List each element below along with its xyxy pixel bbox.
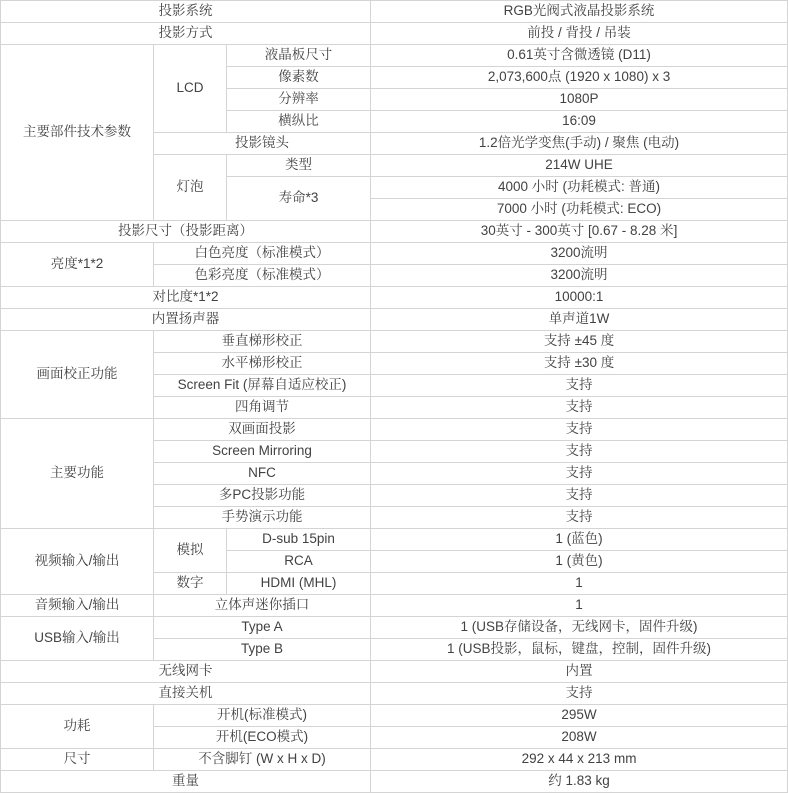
spec-label-cell: HDMI (MHL)	[227, 573, 371, 595]
spec-label-cell: 模拟	[154, 529, 227, 573]
spec-value-cell: 单声道1W	[371, 309, 788, 331]
spec-label-cell: 开机(标准模式)	[154, 705, 371, 727]
spec-label-cell: 数字	[154, 573, 227, 595]
spec-value-cell: 1 (USB投影，鼠标，键盘，控制，固件升级)	[371, 639, 788, 661]
table-row: 重量约 1.83 kg	[1, 771, 788, 793]
spec-value-cell: 支持	[371, 375, 788, 397]
spec-label-cell: 横纵比	[227, 111, 371, 133]
spec-value-cell: 7000 小时 (功耗模式: ECO)	[371, 199, 788, 221]
spec-value-cell: 支持 ±45 度	[371, 331, 788, 353]
spec-label-cell: 功耗	[1, 705, 154, 749]
spec-label-cell: 内置扬声器	[1, 309, 371, 331]
spec-label-cell: 水平梯形校正	[154, 353, 371, 375]
spec-label-cell: D-sub 15pin	[227, 529, 371, 551]
spec-label-cell: 白色亮度（标准模式）	[154, 243, 371, 265]
table-row: 亮度*1*2白色亮度（标准模式）3200流明	[1, 243, 788, 265]
spec-value-cell: 1	[371, 595, 788, 617]
table-row: 尺寸不含脚钉 (W x H x D)292 x 44 x 213 mm	[1, 749, 788, 771]
spec-label-cell: 无线网卡	[1, 661, 371, 683]
spec-label-cell: 立体声迷你插口	[154, 595, 371, 617]
spec-value-cell: 1080P	[371, 89, 788, 111]
table-row: 画面校正功能垂直梯形校正支持 ±45 度	[1, 331, 788, 353]
spec-label-cell: 视频输入/输出	[1, 529, 154, 595]
spec-value-cell: 前投 / 背投 / 吊装	[371, 23, 788, 45]
table-row: 对比度*1*210000:1	[1, 287, 788, 309]
spec-value-cell: 1 (黄色)	[371, 551, 788, 573]
spec-value-cell: 208W	[371, 727, 788, 749]
spec-label-cell: Screen Mirroring	[154, 441, 371, 463]
spec-label-cell: 画面校正功能	[1, 331, 154, 419]
spec-value-cell: 支持 ±30 度	[371, 353, 788, 375]
spec-value-cell: 支持	[371, 485, 788, 507]
spec-value-cell: RGB光阀式液晶投影系统	[371, 1, 788, 23]
spec-value-cell: 支持	[371, 397, 788, 419]
table-row: 直接关机支持	[1, 683, 788, 705]
spec-label-cell: 像素数	[227, 67, 371, 89]
spec-value-cell: 2,073,600点 (1920 x 1080) x 3	[371, 67, 788, 89]
spec-value-cell: 10000:1	[371, 287, 788, 309]
spec-label-cell: Screen Fit (屏幕自适应校正)	[154, 375, 371, 397]
spec-label-cell: 类型	[227, 155, 371, 177]
spec-label-cell: 色彩亮度（标准模式）	[154, 265, 371, 287]
spec-value-cell: 4000 小时 (功耗模式: 普通)	[371, 177, 788, 199]
spec-table: 投影系统RGB光阀式液晶投影系统投影方式前投 / 背投 / 吊装主要部件技术参数…	[0, 0, 788, 793]
table-row: 无线网卡内置	[1, 661, 788, 683]
spec-label-cell: RCA	[227, 551, 371, 573]
spec-label-cell: 手势演示功能	[154, 507, 371, 529]
spec-label-cell: 投影镜头	[154, 133, 371, 155]
spec-label-cell: 开机(ECO模式)	[154, 727, 371, 749]
table-row: USB输入/输出Type A1 (USB存储设备，无线网卡，固件升级)	[1, 617, 788, 639]
spec-value-cell: 支持	[371, 507, 788, 529]
spec-label-cell: 多PC投影功能	[154, 485, 371, 507]
spec-label-cell: 双画面投影	[154, 419, 371, 441]
spec-value-cell: 1.2倍光学变焦(手动) / 聚焦 (电动)	[371, 133, 788, 155]
spec-label-cell: 垂直梯形校正	[154, 331, 371, 353]
spec-label-cell: 直接关机	[1, 683, 371, 705]
spec-label-cell: 音频输入/输出	[1, 595, 154, 617]
table-row: 主要功能双画面投影支持	[1, 419, 788, 441]
spec-value-cell: 支持	[371, 419, 788, 441]
table-row: 功耗开机(标准模式)295W	[1, 705, 788, 727]
spec-value-cell: 214W UHE	[371, 155, 788, 177]
table-row: 视频输入/输出模拟D-sub 15pin1 (蓝色)	[1, 529, 788, 551]
spec-label-cell: LCD	[154, 45, 227, 133]
spec-label-cell: 投影系统	[1, 1, 371, 23]
spec-value-cell: 支持	[371, 441, 788, 463]
spec-label-cell: 尺寸	[1, 749, 154, 771]
spec-value-cell: 16:09	[371, 111, 788, 133]
spec-label-cell: 亮度*1*2	[1, 243, 154, 287]
spec-label-cell: 寿命*3	[227, 177, 371, 221]
spec-label-cell: 分辨率	[227, 89, 371, 111]
spec-label-cell: 对比度*1*2	[1, 287, 371, 309]
spec-value-cell: 1 (USB存储设备，无线网卡，固件升级)	[371, 617, 788, 639]
spec-label-cell: 投影方式	[1, 23, 371, 45]
spec-label-cell: 四角调节	[154, 397, 371, 419]
spec-label-cell: Type A	[154, 617, 371, 639]
spec-value-cell: 295W	[371, 705, 788, 727]
spec-table-body: 投影系统RGB光阀式液晶投影系统投影方式前投 / 背投 / 吊装主要部件技术参数…	[1, 1, 788, 793]
spec-value-cell: 1 (蓝色)	[371, 529, 788, 551]
spec-value-cell: 292 x 44 x 213 mm	[371, 749, 788, 771]
spec-value-cell: 支持	[371, 463, 788, 485]
table-row: 投影方式前投 / 背投 / 吊装	[1, 23, 788, 45]
spec-value-cell: 3200流明	[371, 243, 788, 265]
table-row: 音频输入/输出立体声迷你插口1	[1, 595, 788, 617]
spec-value-cell: 0.61英寸含微透镜 (D11)	[371, 45, 788, 67]
spec-label-cell: 重量	[1, 771, 371, 793]
spec-label-cell: 投影尺寸（投影距离）	[1, 221, 371, 243]
spec-label-cell: 液晶板尺寸	[227, 45, 371, 67]
spec-label-cell: NFC	[154, 463, 371, 485]
spec-label-cell: 不含脚钉 (W x H x D)	[154, 749, 371, 771]
spec-label-cell: 主要功能	[1, 419, 154, 529]
table-row: 主要部件技术参数LCD液晶板尺寸0.61英寸含微透镜 (D11)	[1, 45, 788, 67]
spec-label-cell: USB输入/输出	[1, 617, 154, 661]
spec-label-cell: 灯泡	[154, 155, 227, 221]
table-row: 内置扬声器单声道1W	[1, 309, 788, 331]
spec-value-cell: 约 1.83 kg	[371, 771, 788, 793]
table-row: 投影尺寸（投影距离）30英寸 - 300英寸 [0.67 - 8.28 米]	[1, 221, 788, 243]
spec-value-cell: 3200流明	[371, 265, 788, 287]
spec-value-cell: 内置	[371, 661, 788, 683]
spec-value-cell: 30英寸 - 300英寸 [0.67 - 8.28 米]	[371, 221, 788, 243]
table-row: 投影系统RGB光阀式液晶投影系统	[1, 1, 788, 23]
spec-value-cell: 1	[371, 573, 788, 595]
spec-value-cell: 支持	[371, 683, 788, 705]
spec-label-cell: Type B	[154, 639, 371, 661]
spec-label-cell: 主要部件技术参数	[1, 45, 154, 221]
